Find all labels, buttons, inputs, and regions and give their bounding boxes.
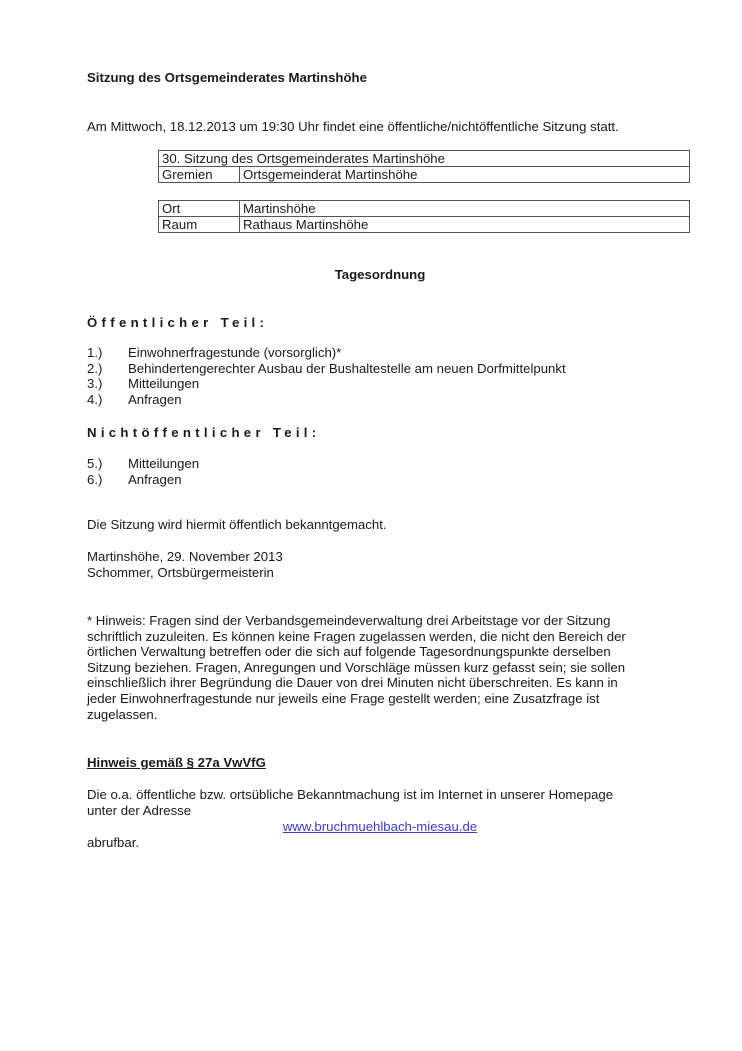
table-value-cell: Ortsgemeinderat Martinshöhe (240, 167, 690, 183)
place-date: Martinshöhe, 29. November 2013 (87, 549, 283, 565)
footnote-line: Sitzung beziehen. Fragen, Anregungen und… (87, 660, 647, 676)
footnote-line: örtlichen Verwaltung betreffen oder die … (87, 644, 647, 660)
location-table: Ort Martinshöhe Raum Rathaus Martinshöhe (158, 200, 690, 233)
table-key-cell: Gremien (159, 167, 240, 183)
document-title: Sitzung des Ortsgemeinderates Martinshöh… (87, 70, 367, 86)
list-item: 2.) Behindertengerechter Ausbau der Bush… (87, 361, 566, 377)
list-item: 1.) Einwohnerfragestunde (vorsorglich)* (87, 345, 566, 361)
list-item: 6.) Anfragen (87, 472, 199, 488)
table-row: Ort Martinshöhe (159, 201, 690, 217)
item-text: Anfragen (128, 392, 182, 408)
item-number: 5.) (87, 456, 128, 472)
list-item: 4.) Anfragen (87, 392, 566, 408)
hint-line: unter der Adresse (87, 803, 667, 819)
intro-text: Am Mittwoch, 18.12.2013 um 19:30 Uhr fin… (87, 119, 619, 135)
footnote: * Hinweis: Fragen sind der Verbandsgemei… (87, 613, 647, 722)
item-text: Behindertengerechter Ausbau der Bushalte… (128, 361, 566, 377)
item-text: Einwohnerfragestunde (vorsorglich)* (128, 345, 341, 361)
hint-line: Die o.a. öffentliche bzw. ortsübliche Be… (87, 787, 667, 803)
list-item: 3.) Mitteilungen (87, 376, 566, 392)
footnote-line: schriftlich zuzuleiten. Es können keine … (87, 629, 647, 645)
agenda-title: Tagesordnung (0, 267, 742, 283)
hint-heading: Hinweis gemäß § 27a VwVfG (87, 755, 266, 771)
table-key-cell: Ort (159, 201, 240, 217)
item-number: 2.) (87, 361, 128, 377)
item-number: 6.) (87, 472, 128, 488)
announcement-text: Die Sitzung wird hiermit öffentlich beka… (87, 517, 387, 533)
footnote-line: jeder Einwohnerfragestunde nur jeweils e… (87, 691, 647, 707)
hint-paragraph: Die o.a. öffentliche bzw. ortsübliche Be… (87, 787, 667, 818)
item-number: 1.) (87, 345, 128, 361)
item-text: Mitteilungen (128, 456, 199, 472)
public-section-heading: Öffentlicher Teil: (87, 315, 268, 331)
item-text: Anfragen (128, 472, 182, 488)
item-number: 3.) (87, 376, 128, 392)
item-number: 4.) (87, 392, 128, 408)
website-link[interactable]: www.bruchmuehlbach-miesau.de (0, 819, 742, 835)
signer: Schommer, Ortsbürgermeisterin (87, 565, 274, 581)
footnote-line: einschließlich ihrer Begründung die Daue… (87, 675, 647, 691)
table-row: Gremien Ortsgemeinderat Martinshöhe (159, 167, 690, 183)
table-row: Raum Rathaus Martinshöhe (159, 217, 690, 233)
closing-text: abrufbar. (87, 835, 139, 851)
table-value-cell: Martinshöhe (240, 201, 690, 217)
private-agenda-list: 5.) Mitteilungen 6.) Anfragen (87, 456, 199, 487)
item-text: Mitteilungen (128, 376, 199, 392)
footnote-line: zugelassen. (87, 707, 647, 723)
table-value-cell: Rathaus Martinshöhe (240, 217, 690, 233)
public-agenda-list: 1.) Einwohnerfragestunde (vorsorglich)* … (87, 345, 566, 407)
private-section-heading: Nichtöffentlicher Teil: (87, 425, 320, 441)
meeting-header-cell: 30. Sitzung des Ortsgemeinderates Martin… (159, 151, 690, 167)
footnote-line: * Hinweis: Fragen sind der Verbandsgemei… (87, 613, 647, 629)
table-row: 30. Sitzung des Ortsgemeinderates Martin… (159, 151, 690, 167)
meeting-table: 30. Sitzung des Ortsgemeinderates Martin… (158, 150, 690, 183)
table-key-cell: Raum (159, 217, 240, 233)
list-item: 5.) Mitteilungen (87, 456, 199, 472)
